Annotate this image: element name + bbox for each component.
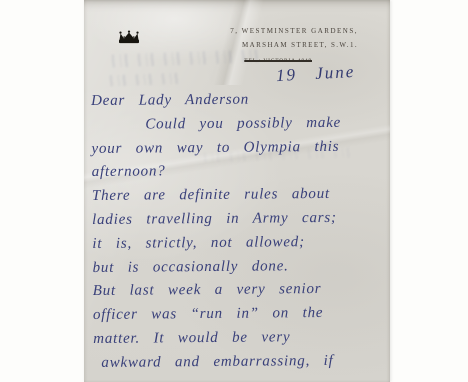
handwritten-line: But last week a very senior	[93, 278, 391, 304]
handwritten-line: matter. It would be very	[93, 325, 391, 351]
handwritten-line: afternoon?	[92, 159, 390, 185]
letterhead-address-line2: Marsham Street, S.W.1.	[228, 38, 358, 52]
handwritten-line: officer was “run in” on the	[93, 302, 391, 328]
crown-coronet-icon	[117, 30, 141, 45]
handwritten-line: Could you possibly make	[91, 111, 389, 137]
handwritten-line: There are definite rules about	[92, 183, 390, 209]
letter-body: Dear Lady Anderson Could you possibly ma…	[91, 87, 391, 375]
scan-background: 7, Westminster Gardens, Marsham Street, …	[0, 0, 468, 382]
handwritten-line: your own way to Olympia this	[91, 135, 389, 161]
handwritten-line: Dear Lady Anderson	[91, 87, 389, 113]
letterhead: 7, Westminster Gardens, Marsham Street, …	[228, 24, 358, 68]
letterhead-address-line1: 7, Westminster Gardens,	[228, 24, 358, 38]
handwritten-line: awkward and embarrassing, if	[93, 349, 391, 375]
handwritten-line: ladies travelling in Army cars;	[92, 206, 390, 232]
handwritten-line: it is, strictly, not allowed;	[92, 230, 390, 256]
handwritten-date: 19 June	[276, 62, 356, 86]
letter-paper: 7, Westminster Gardens, Marsham Street, …	[84, 0, 390, 382]
handwritten-line: but is occasionally done.	[92, 254, 390, 280]
ink-showthrough	[108, 73, 182, 87]
